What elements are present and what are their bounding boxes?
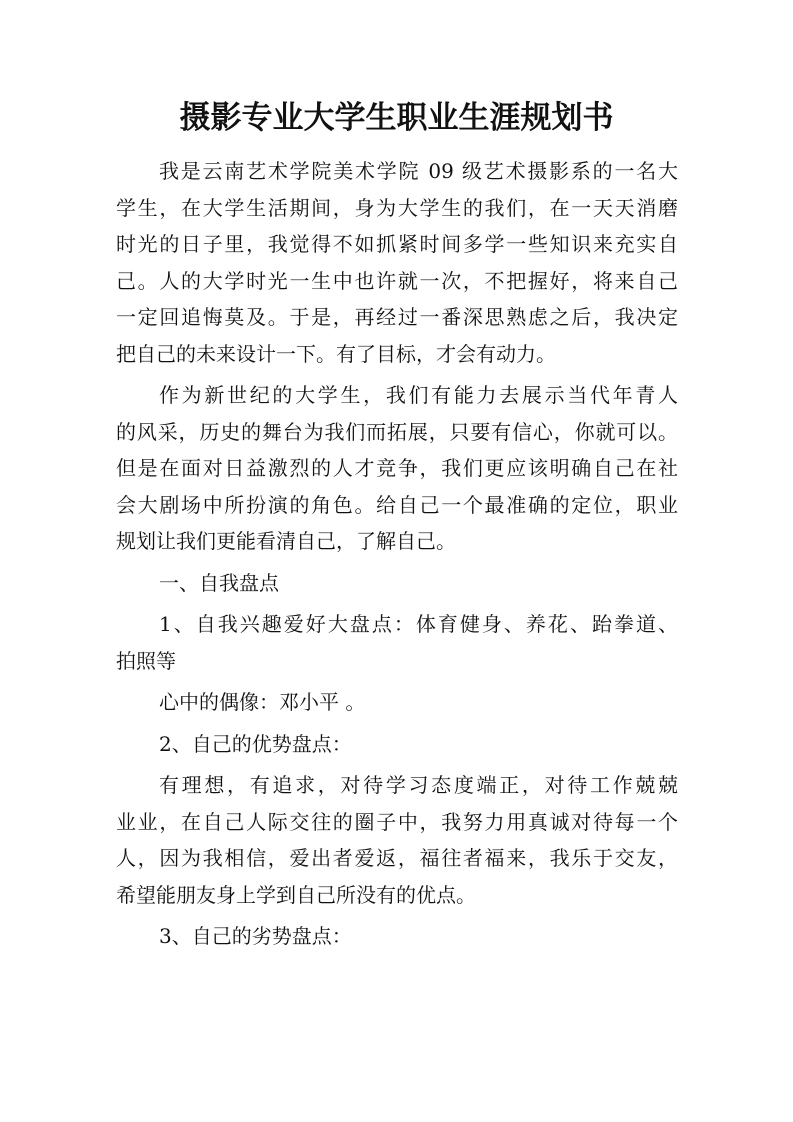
paragraph-new-century: 作为新世纪的大学生，我们有能力去展示当代年青人 的风采，历史的舞台为我们而拓展，…: [116, 377, 678, 560]
text-line: 我是云南艺术学院美术学院 09 级艺术摄影系的一名大: [116, 153, 678, 190]
item-strengths-heading: 2、自己的优势盘点：: [116, 726, 678, 763]
text-line: 会大剧场中所扮演的角色。给自己一个最准确的定位，职业: [116, 487, 678, 524]
text-line: 希望能朋友身上学到自己所没有的优点。: [116, 877, 678, 914]
paragraph-strengths: 有理想，有追求，对待学习态度端正，对待工作兢兢 业业，在自己人际交往的圈子中，我…: [116, 767, 678, 913]
text-line: 把自己的未来设计一下。有了目标，才会有动力。: [116, 336, 678, 373]
text-line: 3、自己的劣势盘点：: [116, 918, 678, 955]
text-line: 人，因为我相信，爱出者爱返，福往者福来，我乐于交友，: [116, 840, 678, 877]
paragraph-intro: 我是云南艺术学院美术学院 09 级艺术摄影系的一名大 学生，在大学生活期间，身为…: [116, 153, 678, 372]
text-line: 学生，在大学生活期间，身为大学生的我们，在一天天消磨: [116, 190, 678, 227]
text-line: 有理想，有追求，对待学习态度端正，对待工作兢兢: [116, 767, 678, 804]
text-line: 时光的日子里，我觉得不如抓紧时间多学一些知识来充实自: [116, 226, 678, 263]
document-body: 我是云南艺术学院美术学院 09 级艺术摄影系的一名大 学生，在大学生活期间，身为…: [116, 153, 678, 955]
text-line: 1、自我兴趣爱好大盘点：体育健身、养花、跆拳道、: [116, 606, 678, 643]
text-line: 拍照等: [116, 643, 678, 680]
text-line: 2、自己的优势盘点：: [116, 726, 678, 763]
text-line: 的风采，历史的舞台为我们而拓展，只要有信心，你就可以。: [116, 414, 678, 451]
heading-line: 一、自我盘点: [116, 565, 678, 602]
text-line: 一定回追悔莫及。于是，再经过一番深思熟虑之后，我决定: [116, 299, 678, 336]
document-title: 摄影专业大学生职业生涯规划书: [0, 96, 793, 140]
text-line: 作为新世纪的大学生，我们有能力去展示当代年青人: [116, 377, 678, 414]
item-idol: 心中的偶像：邓小平 。: [116, 684, 678, 721]
text-line: 心中的偶像：邓小平 。: [116, 684, 678, 721]
text-line: 业业，在自己人际交往的圈子中，我努力用真诚对待每一个: [116, 804, 678, 841]
section-heading-self-inventory: 一、自我盘点: [116, 565, 678, 602]
text-line: 规划让我们更能看清自己，了解自己。: [116, 523, 678, 560]
item-weaknesses-heading: 3、自己的劣势盘点：: [116, 918, 678, 955]
text-line: 己。人的大学时光一生中也许就一次，不把握好，将来自己: [116, 263, 678, 300]
document-page: 摄影专业大学生职业生涯规划书 我是云南艺术学院美术学院 09 级艺术摄影系的一名…: [0, 0, 793, 1122]
text-line: 但是在面对日益激烈的人才竞争，我们更应该明确自己在社: [116, 450, 678, 487]
item-interests: 1、自我兴趣爱好大盘点：体育健身、养花、跆拳道、 拍照等: [116, 606, 678, 679]
